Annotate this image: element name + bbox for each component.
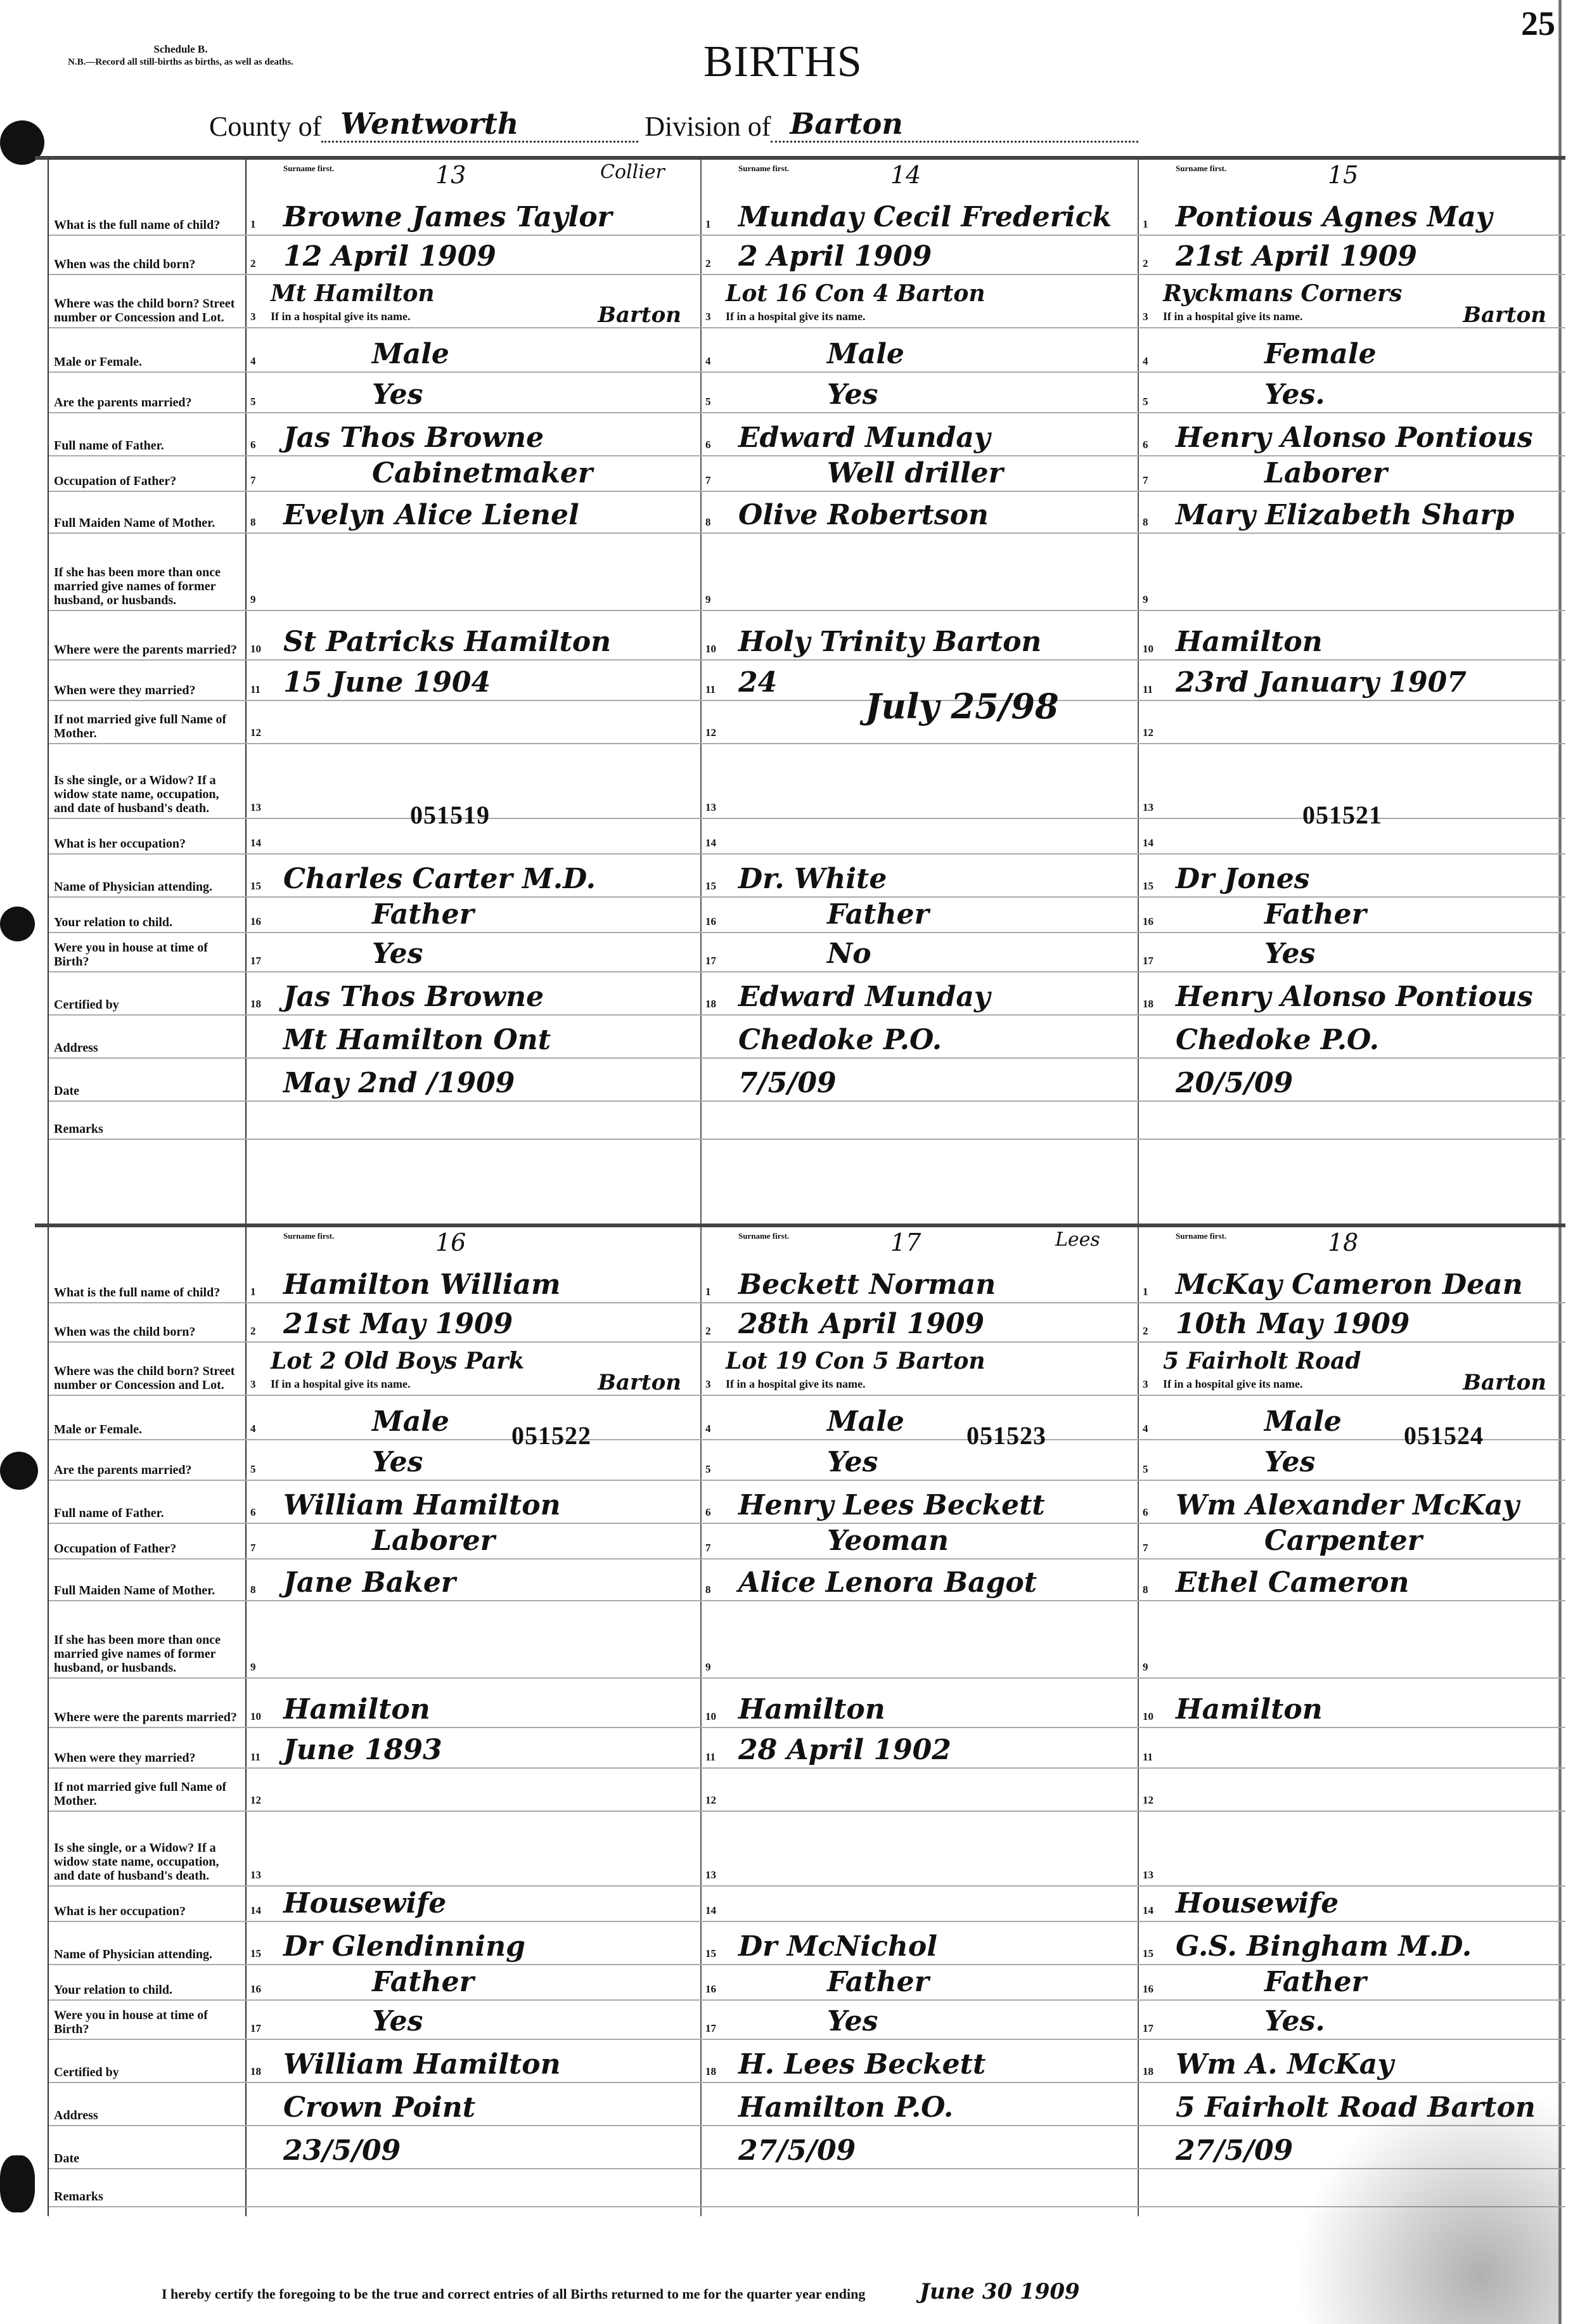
field-number: 11 (250, 683, 260, 696)
binder-hole (0, 2155, 35, 2212)
field-number: 12 (705, 1794, 716, 1807)
record-field-unmarried-mother: 12 (245, 1767, 700, 1812)
record-field-mother-maiden: 8Ethel Cameron (1138, 1558, 1565, 1601)
field-number: 11 (250, 1751, 260, 1764)
field-number: 9 (705, 593, 711, 606)
certification-text: I hereby certify the foregoing to be the… (162, 2286, 865, 2302)
field-value-physician: Charles Carter M.D. (271, 863, 688, 895)
record-field-address: Hamilton P.O. (700, 2082, 1138, 2126)
record-field-child-name: 1Hamilton William (245, 1253, 700, 1303)
record-field-father-occupation: 7Carpenter (1138, 1523, 1565, 1559)
record-field-relation: 16Father (700, 1964, 1138, 2001)
field-number: 13 (705, 1869, 716, 1882)
certification-footer: I hereby certify the foregoing to be the… (162, 2279, 1080, 2304)
field-number: 11 (705, 1751, 716, 1764)
field-number: 10 (1143, 643, 1153, 655)
hospital-hint: If in a hospital give its name. (726, 1378, 866, 1391)
record-field-born-date: 22 April 1909 (700, 235, 1138, 275)
field-label: Full name of Father. (54, 439, 241, 453)
record-field-mother-maiden: 8Mary Elizabeth Sharp (1138, 491, 1565, 534)
field-label: Where was the child born? Street number … (54, 297, 241, 325)
field-number: 15 (705, 880, 716, 893)
field-number: 14 (1143, 1904, 1153, 1917)
field-number: 13 (1143, 1869, 1153, 1882)
field-number: 4 (705, 1423, 711, 1435)
field-number: 3 (705, 1378, 711, 1391)
record-field-child-name: 1Munday Cecil Frederick (700, 185, 1138, 236)
birth-place-township: Barton (598, 299, 681, 331)
record-field-born-place: 3If in a hospital give its name.Lot 2 Ol… (245, 1341, 700, 1396)
surname-first-note: Surname first. (738, 164, 789, 174)
field-value-born-date: 28th April 1909 (726, 1308, 1125, 1340)
page-number: 25 (1521, 4, 1555, 43)
field-label-row: Remarks (49, 1101, 245, 1140)
field-label: When was the child born? (54, 1325, 241, 1339)
page-title: BIRTHS (703, 37, 863, 87)
field-label-row: Remarks (49, 2168, 245, 2207)
field-number: 9 (1143, 1661, 1148, 1674)
field-number: 15 (250, 880, 261, 893)
field-label-row: Your relation to child. (49, 896, 245, 933)
field-label-row: Male or Female. (49, 327, 245, 373)
field-number: 13 (250, 1869, 261, 1882)
field-label-row: Full name of Father. (49, 1480, 245, 1524)
record-field-born-place: 3If in a hospital give its name.Mt Hamil… (245, 274, 700, 328)
field-value-marriage-date: 23rd January 1907 (1163, 667, 1553, 699)
record-field-mother-maiden: 8Evelyn Alice Lienel (245, 491, 700, 534)
field-label: Full Maiden Name of Mother. (54, 516, 241, 530)
field-label: Your relation to child. (54, 915, 241, 929)
record-column: Surname first.161Hamilton William221st M… (245, 1227, 702, 2216)
field-number: 14 (705, 1904, 716, 1917)
field-value-address: Chedoke P.O. (1163, 1024, 1553, 1056)
field-number: 4 (250, 1423, 256, 1435)
field-number: 12 (250, 726, 261, 739)
field-label-row: Were you in house at time of Birth? (49, 932, 245, 972)
field-value-in-house: Yes (1163, 938, 1553, 970)
field-value-date: 7/5/09 (726, 1068, 1125, 1099)
field-label: When was the child born? (54, 257, 241, 271)
record-field-former-husbands: 9 (1138, 533, 1565, 611)
field-number: 6 (1143, 439, 1148, 451)
field-number: 6 (250, 439, 256, 451)
record-field-unmarried-mother: 12 (245, 700, 700, 744)
field-number: 10 (705, 1710, 716, 1723)
field-value-mother-maiden: Jane Baker (271, 1567, 688, 1599)
record-field-father-occupation: 7Cabinetmaker (245, 455, 700, 492)
field-label: What is the full name of child? (54, 1286, 241, 1300)
record-field-father-occupation: 7Well driller (700, 455, 1138, 492)
field-label: Certified by (54, 998, 241, 1012)
records-section-bottom: What is the full name of child?When was … (35, 1223, 1565, 2216)
record-field-remarks (245, 1101, 700, 1140)
record-field-born-date: 212 April 1909 (245, 235, 700, 275)
field-value-father-occupation: Cabinetmaker (271, 458, 688, 489)
record-field-mother-maiden: 8Olive Robertson (700, 491, 1138, 534)
records-section-top: What is the full name of child?When was … (35, 156, 1565, 1225)
field-label: Are the parents married? (54, 1463, 241, 1477)
field-number: 18 (250, 2065, 261, 2078)
field-number: 16 (1143, 915, 1153, 928)
field-value-parents-married: Yes (726, 1447, 1125, 1478)
field-value-mother-maiden: Alice Lenora Bagot (726, 1567, 1125, 1599)
field-label-row: Are the parents married? (49, 1439, 245, 1481)
field-label: Are the parents married? (54, 396, 241, 410)
field-label-row: Where were the parents married? (49, 610, 245, 661)
field-label-row: What is her occupation? (49, 818, 245, 855)
field-label: Name of Physician attending. (54, 1947, 241, 1961)
field-label: Male or Female. (54, 1423, 241, 1436)
record-field-parents-married: 5Yes (700, 371, 1138, 413)
record-field-born-place: 3If in a hospital give its name.Ryckmans… (1138, 274, 1565, 328)
hospital-hint: If in a hospital give its name. (271, 1378, 411, 1391)
field-number: 18 (1143, 998, 1153, 1010)
field-value-mother-occupation: Housewife (1163, 1888, 1553, 1920)
record-field-certified-by: 18William Hamilton (245, 2039, 700, 2083)
field-number: 18 (1143, 2065, 1153, 2078)
field-value-father-occupation: Laborer (271, 1525, 688, 1557)
field-value-marriage-place: Hamilton (1163, 1694, 1553, 1726)
field-label: Date (54, 1084, 241, 1098)
field-value-physician: G.S. Bingham M.D. (1163, 1931, 1553, 1963)
field-value-sex: Male (726, 339, 1125, 370)
surname-first-note: Surname first. (283, 164, 334, 174)
record-field-parents-married: 5Yes (245, 371, 700, 413)
field-label-row: If she has been more than once married g… (49, 1600, 245, 1679)
record-field-born-date: 221st May 1909 (245, 1302, 700, 1343)
record-field-father: 6Henry Alonso Pontious (1138, 412, 1565, 456)
field-number: 11 (705, 683, 716, 696)
field-label-row: Certified by (49, 2039, 245, 2083)
field-label: Were you in house at time of Birth? (54, 941, 241, 969)
record-field-marriage-place: 10Holy Trinity Barton (700, 610, 1138, 661)
field-label-row: Full Maiden Name of Mother. (49, 1558, 245, 1601)
record-field-relation: 16Father (1138, 1964, 1565, 2001)
record-field-physician: 15Dr Jones (1138, 853, 1565, 898)
record-field-mother-occupation: 14Housewife (1138, 1885, 1565, 1922)
field-number: 1 (250, 1286, 256, 1298)
field-value-relation: Father (271, 899, 688, 931)
field-value-child-name: Munday Cecil Frederick (726, 202, 1125, 233)
field-value-relation: Father (726, 1966, 1125, 1998)
field-number: 16 (705, 1983, 716, 1996)
field-value-relation: Father (726, 899, 1125, 931)
field-label-row: Is she single, or a Widow? If a widow st… (49, 1811, 245, 1887)
field-number: 6 (250, 1506, 256, 1519)
field-value-father-occupation: Laborer (1163, 458, 1553, 489)
field-number: 12 (250, 1794, 261, 1807)
record-field-in-house: 17Yes (1138, 932, 1565, 972)
field-value-marriage-place: St Patricks Hamilton (271, 626, 688, 658)
field-value-in-house: Yes (271, 938, 688, 970)
field-number: 13 (250, 801, 261, 814)
record-field-mother-maiden: 8Alice Lenora Bagot (700, 1558, 1138, 1601)
record-field-in-house: 17Yes (700, 1999, 1138, 2040)
record-field-remarks (700, 2168, 1138, 2207)
field-label-column: What is the full name of child?When was … (48, 160, 247, 1225)
field-number: 12 (1143, 1794, 1153, 1807)
field-number: 18 (705, 2065, 716, 2078)
record-field-certified-by: 18H. Lees Beckett (700, 2039, 1138, 2083)
field-value-in-house: No (726, 938, 1125, 970)
record-field-physician: 15Dr Glendinning (245, 1921, 700, 1965)
field-value-child-name: Hamilton William (271, 1269, 688, 1301)
field-value-physician: Dr. White (726, 863, 1125, 895)
field-label-row: Name of Physician attending. (49, 1921, 245, 1965)
field-number: 8 (705, 1584, 711, 1596)
record-field-certified-by: 18Edward Munday (700, 971, 1138, 1016)
field-number: 4 (250, 355, 256, 368)
field-value-certified-by: William Hamilton (271, 2049, 688, 2081)
field-number: 10 (1143, 1710, 1153, 1723)
birth-place-township: Barton (1463, 299, 1546, 331)
field-label-row: When were they married? (49, 659, 245, 701)
field-value-date: 27/5/09 (726, 2135, 1125, 2167)
hospital-hint: If in a hospital give its name. (1163, 1378, 1303, 1391)
field-number: 17 (250, 2022, 261, 2035)
record-field-marriage-place: 10Hamilton (700, 1677, 1138, 1728)
field-number: 14 (250, 837, 261, 849)
field-label-row: Where was the child born? Street number … (49, 274, 245, 328)
record-field-remarks (245, 2168, 700, 2207)
field-value-relation: Father (271, 1966, 688, 1998)
field-label-row: Address (49, 2082, 245, 2126)
record-field-mother-occupation: 14Housewife (245, 1885, 700, 1922)
field-value-sex: Male (271, 1406, 688, 1438)
field-label-row: When was the child born? (49, 1302, 245, 1343)
field-number: 6 (1143, 1506, 1148, 1519)
field-number: 15 (1143, 880, 1153, 893)
field-label: Is she single, or a Widow? If a widow st… (54, 773, 241, 815)
field-number: 6 (705, 439, 711, 451)
record-field-relation: 16Father (245, 1964, 700, 2001)
field-label: Where were the parents married? (54, 643, 241, 657)
field-number: 16 (1143, 1983, 1153, 1996)
record-field-remarks (1138, 1101, 1565, 1140)
record-field-relation: 16Father (245, 896, 700, 933)
field-number: 9 (250, 1661, 256, 1674)
field-label: What is her occupation? (54, 837, 241, 851)
field-label: Is she single, or a Widow? If a widow st… (54, 1841, 241, 1883)
field-value-in-house: Yes (271, 2006, 688, 2037)
record-field-widow-info: 13 (1138, 1811, 1565, 1887)
field-label-row: What is the full name of child? (49, 185, 245, 236)
record-field-child-name: 1Browne James Taylor (245, 185, 700, 236)
registration-number: 051523 (966, 1421, 1046, 1450)
surname-first-note: Surname first. (1176, 164, 1226, 174)
county-label: County of (209, 110, 321, 143)
record-field-sex: 4Male (700, 327, 1138, 373)
field-label-row: Occupation of Father? (49, 455, 245, 492)
schedule-label: Schedule B. (67, 43, 295, 56)
field-value-child-name: Pontious Agnes May (1163, 202, 1553, 233)
field-value-sex: Male (1163, 1406, 1553, 1438)
record-field-date: 20/5/09 (1138, 1057, 1565, 1102)
record-field-date: May 2nd /1909 (245, 1057, 700, 1102)
field-label-row: What is the full name of child? (49, 1253, 245, 1303)
field-value-parents-married: Yes (1163, 1447, 1553, 1478)
name-annotation: Lees (1055, 1229, 1100, 1251)
field-number: 5 (250, 396, 256, 408)
field-number: 8 (1143, 516, 1148, 529)
field-value-date: May 2nd /1909 (271, 1068, 688, 1099)
field-value-born-date: 10th May 1909 (1163, 1308, 1553, 1340)
field-number: 5 (250, 1463, 256, 1476)
field-label: When were they married? (54, 1751, 241, 1765)
field-number: 7 (705, 1542, 711, 1554)
record-field-address: Chedoke P.O. (1138, 1014, 1565, 1059)
field-label: Address (54, 1041, 241, 1055)
field-value-marriage-date: June 1893 (271, 1734, 688, 1766)
record-field-widow-info: 13 (700, 1811, 1138, 1887)
record-field-in-house: 17Yes (245, 932, 700, 972)
field-value-father-occupation: Carpenter (1163, 1525, 1553, 1557)
binder-hole (0, 907, 35, 941)
field-label-row: Certified by (49, 971, 245, 1016)
surname-first-note: Surname first. (283, 1231, 334, 1241)
field-number: 9 (1143, 593, 1148, 606)
field-number: 8 (250, 1584, 256, 1596)
field-label-row: Full Maiden Name of Mother. (49, 491, 245, 534)
record-field-relation: 16Father (700, 896, 1138, 933)
field-value-marriage-place: Hamilton (271, 1694, 688, 1726)
field-value-father: Edward Munday (726, 422, 1125, 454)
field-label-row: Male or Female. (49, 1395, 245, 1440)
field-value-mother-occupation: Housewife (271, 1888, 688, 1920)
field-label-row: Were you in house at time of Birth? (49, 1999, 245, 2040)
field-label-row: Date (49, 1057, 245, 1102)
field-value-father: Henry Alonso Pontious (1163, 422, 1553, 454)
field-label-column: What is the full name of child?When was … (48, 1227, 247, 2216)
field-label-row: If not married give full Name of Mother. (49, 1767, 245, 1812)
field-number: 18 (250, 998, 261, 1010)
field-label: Certified by (54, 2065, 241, 2079)
record-column: Surname first.17Lees1Beckett Norman228th… (700, 1227, 1139, 2216)
field-value-certified-by: Edward Munday (726, 981, 1125, 1013)
record-field-born-date: 210th May 1909 (1138, 1302, 1565, 1343)
field-value-marriage-place: Hamilton (1163, 626, 1553, 658)
field-label: If not married give full Name of Mother. (54, 1780, 241, 1808)
field-value-father: Henry Lees Beckett (726, 1490, 1125, 1521)
field-label-row: Date (49, 2125, 245, 2169)
record-field-date: 27/5/09 (700, 2125, 1138, 2169)
record-field-physician: 15Charles Carter M.D. (245, 853, 700, 898)
record-field-former-husbands: 9 (700, 1600, 1138, 1679)
field-label-row: What is her occupation? (49, 1885, 245, 1922)
field-number: 14 (705, 837, 716, 849)
record-field-date: 7/5/09 (700, 1057, 1138, 1102)
field-number: 2 (705, 1325, 711, 1338)
record-field-former-husbands: 9 (700, 533, 1138, 611)
record-field-father: 6Jas Thos Browne (245, 412, 700, 456)
field-label: Full Maiden Name of Mother. (54, 1584, 241, 1598)
field-number: 16 (250, 1983, 261, 1996)
field-number: 1 (1143, 218, 1148, 231)
record-field-father-occupation: 7Yeoman (700, 1523, 1138, 1559)
field-value-parents-married: Yes (271, 379, 688, 411)
field-value-sex: Female (1163, 339, 1553, 370)
division-label: Division of (645, 110, 771, 143)
record-field-address: Chedoke P.O. (700, 1014, 1138, 1059)
field-value-born-date: 21st April 1909 (1163, 241, 1553, 273)
surname-first-note: Surname first. (1176, 1231, 1226, 1241)
field-number: 1 (1143, 1286, 1148, 1298)
record-field-widow-info: 13 (245, 1811, 700, 1887)
field-number: 11 (1143, 683, 1153, 696)
field-value-relation: Father (1163, 899, 1553, 931)
field-number: 5 (1143, 396, 1148, 408)
record-field-marriage-place: 10Hamilton (1138, 1677, 1565, 1728)
registration-number: 051522 (511, 1421, 591, 1450)
birth-place-value: Lot 19 Con 5 Barton (726, 1345, 1125, 1377)
record-field-in-house: 17Yes (245, 1999, 700, 2040)
field-number: 1 (705, 1286, 711, 1298)
field-value-father: William Hamilton (271, 1490, 688, 1521)
field-number: 17 (1143, 955, 1153, 967)
birth-place-township: Barton (598, 1367, 681, 1398)
quarter-end-date: June 30 1909 (920, 2279, 1080, 2304)
record-field-parents-married: 5Yes. (1138, 371, 1565, 413)
field-value-parents-married: Yes (271, 1447, 688, 1478)
record-field-sex: 4Female (1138, 327, 1565, 373)
field-number: 3 (1143, 1378, 1148, 1391)
field-number: 12 (705, 726, 716, 739)
field-label: When were they married? (54, 683, 241, 697)
field-value-certified-by: Wm A. McKay (1163, 2049, 1553, 2081)
field-number: 13 (705, 801, 716, 814)
field-value-certified-by: Henry Alonso Pontious (1163, 981, 1553, 1013)
field-label: If not married give full Name of Mother. (54, 713, 241, 740)
field-label: Remarks (54, 2190, 241, 2204)
record-field-physician: 15Dr McNichol (700, 1921, 1138, 1965)
record-field-father: 6Wm Alexander McKay (1138, 1480, 1565, 1524)
record-field-father: 6William Hamilton (245, 1480, 700, 1524)
field-number: 2 (1143, 1325, 1148, 1338)
record-field-in-house: 17Yes. (1138, 1999, 1565, 2040)
field-label: Full name of Father. (54, 1506, 241, 1520)
field-label-row: Where was the child born? Street number … (49, 1341, 245, 1396)
record-field-certified-by: 18Henry Alonso Pontious (1138, 971, 1565, 1016)
field-number: 8 (1143, 1584, 1148, 1596)
record-column: Surname first.181McKay Cameron Dean210th… (1138, 1227, 1565, 2216)
record-field-former-husbands: 9 (245, 1600, 700, 1679)
record-field-unmarried-mother: 12 (1138, 700, 1565, 744)
record-field-mother-occupation: 14 (700, 818, 1138, 855)
field-value-mother-maiden: Mary Elizabeth Sharp (1163, 500, 1553, 531)
field-number: 2 (250, 257, 256, 270)
field-label-row: Your relation to child. (49, 1964, 245, 2001)
field-value-parents-married: Yes. (1163, 379, 1553, 411)
field-value-date: 20/5/09 (1163, 1068, 1553, 1099)
record-field-born-place: 3If in a hospital give its name.5 Fairho… (1138, 1341, 1565, 1396)
field-value-parents-married: Yes (726, 379, 1125, 411)
field-value-child-name: McKay Cameron Dean (1163, 1269, 1553, 1301)
record-column: Surname first.13Collier1Browne James Tay… (245, 160, 702, 1225)
field-value-in-house: Yes. (1163, 2006, 1553, 2037)
field-number: 15 (705, 1947, 716, 1960)
field-label-row: Occupation of Father? (49, 1523, 245, 1559)
field-number: 1 (705, 218, 711, 231)
field-number: 13 (1143, 801, 1153, 814)
field-value-father: Wm Alexander McKay (1163, 1490, 1553, 1521)
field-number: 2 (705, 257, 711, 270)
field-value-mother-maiden: Ethel Cameron (1163, 1567, 1553, 1599)
hospital-hint: If in a hospital give its name. (1163, 310, 1303, 323)
stain (1294, 2083, 1560, 2324)
field-number: 14 (1143, 837, 1153, 849)
field-value-marriage-date: 15 June 1904 (271, 667, 688, 699)
field-number: 9 (250, 593, 256, 606)
